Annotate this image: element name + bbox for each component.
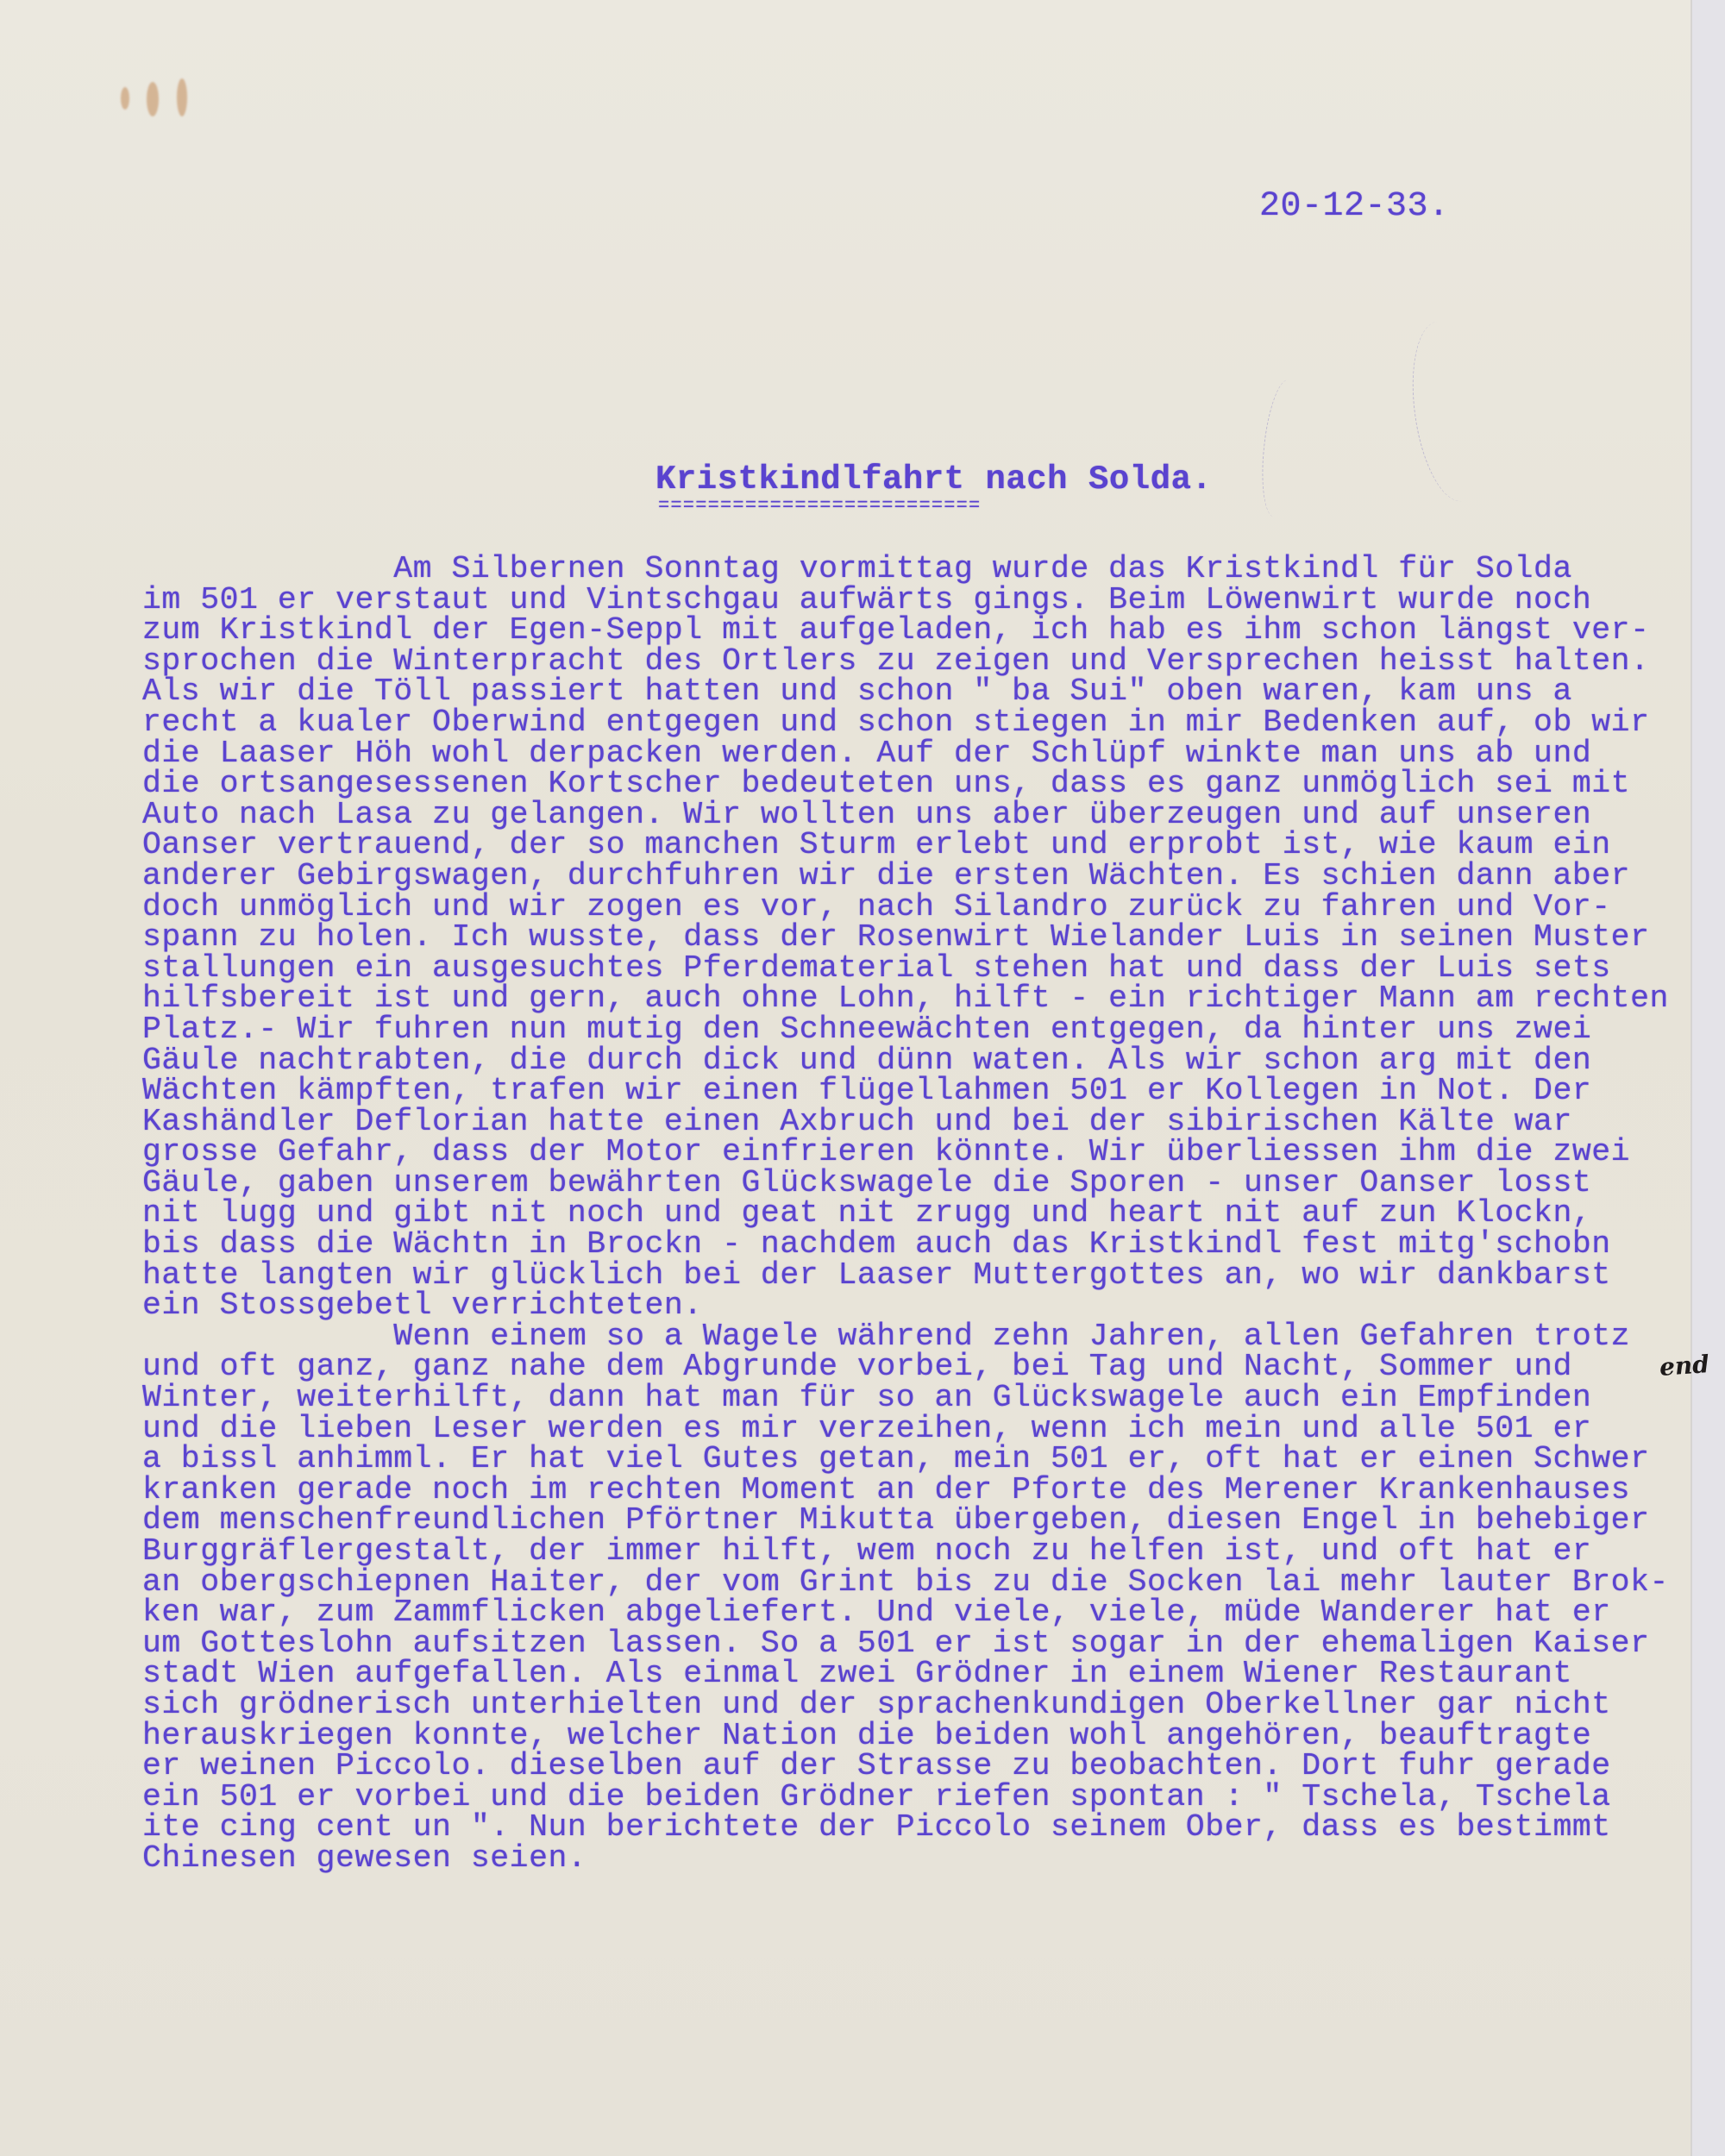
text-line: um Gotteslohn aufsitzen lassen. So a 501… [142, 1628, 1660, 1659]
text-line: Burggräflergestalt, der immer hilft, wem… [142, 1536, 1660, 1567]
text-line: Winter, weiterhilft, dann hat man für so… [142, 1382, 1660, 1413]
pencil-stroke [1402, 317, 1496, 505]
text-line: Kashändler Deflorian hatte einen Axbruch… [142, 1106, 1660, 1138]
text-line: bis dass die Wächtn in Brockn - nachdem … [142, 1229, 1660, 1260]
text-line: die Laaser Höh wohl derpacken werden. Au… [142, 738, 1660, 769]
text-line: a bissl anhimml. Er hat viel Gutes getan… [142, 1444, 1660, 1475]
text-line: herauskriegen konnte, welcher Nation die… [142, 1720, 1660, 1752]
text-line: Chinesen gewesen seien. [142, 1843, 1660, 1874]
text-line: recht a kualer Oberwind entgegen und sch… [142, 707, 1660, 738]
text-line: grosse Gefahr, dass der Motor einfrieren… [142, 1137, 1660, 1168]
text-line: hilfsbereit ist und gern, auch ohne Lohn… [142, 983, 1660, 1014]
text-line: Auto nach Lasa zu gelangen. Wir wollten … [142, 799, 1660, 830]
text-line: Gäule nachtrabten, die durch dick und dü… [142, 1045, 1660, 1076]
text-line: anderer Gebirgswagen, durchfuhren wir di… [142, 861, 1660, 892]
title-underline: ========================== [658, 502, 981, 511]
text-line: die ortsangesessenen Kortscher bedeutete… [142, 768, 1660, 799]
text-line: Gäule, gaben unserem bewährten Glückswag… [142, 1168, 1660, 1199]
document-title: Kristkindlfahrt nach Solda. [655, 461, 1212, 498]
text-line: ken war, zum Zammflicken abgeliefert. Un… [142, 1597, 1660, 1628]
text-line: sprochen die Winterpracht des Ortlers zu… [142, 646, 1660, 677]
text-line: hatte langten wir glücklich bei der Laas… [142, 1260, 1660, 1291]
text-line: im 501 er verstaut und Vintschgau aufwär… [142, 585, 1660, 616]
text-line: stallungen ein ausgesuchtes Pferdemateri… [142, 953, 1660, 984]
body-text: Am Silbernen Sonntag vormittag wurde das… [142, 554, 1660, 1874]
text-line: Als wir die Töll passiert hatten und sch… [142, 676, 1660, 707]
text-line: er weinen Piccolo. dieselben auf der Str… [142, 1751, 1660, 1782]
document-date: 20-12-33. [1259, 187, 1450, 226]
text-line: spann zu holen. Ich wusste, dass der Ros… [142, 922, 1660, 953]
rust-stain-mark [121, 82, 198, 125]
text-line: nit lugg und gibt nit noch und geat nit … [142, 1198, 1660, 1229]
text-line: stadt Wien aufgefallen. Als einmal zwei … [142, 1658, 1660, 1689]
text-line: und oft ganz, ganz nahe dem Abgrunde vor… [142, 1351, 1660, 1382]
text-line: ein Stossgebetl verrichteten. [142, 1290, 1660, 1321]
text-line: ein 501 er vorbei und die beiden Grödner… [142, 1782, 1660, 1813]
text-line: sich grödnerisch unterhielten und der sp… [142, 1689, 1660, 1720]
text-line: dem menschenfreundlichen Pförtner Mikutt… [142, 1505, 1660, 1536]
text-line: Wenn einem so a Wagele während zehn Jahr… [142, 1321, 1660, 1352]
text-line: ite cing cent un ". Nun berichtete der P… [142, 1812, 1660, 1843]
text-line: Oanser vertrauend, der so manchen Sturm … [142, 830, 1660, 861]
typewritten-page: 20-12-33. Kristkindlfahrt nach Solda. ==… [0, 0, 1692, 2156]
text-line: Wächten kämpften, trafen wir einen flüge… [142, 1075, 1660, 1106]
text-line: Platz.- Wir fuhren nun mutig den Schneew… [142, 1014, 1660, 1045]
text-line: an obergschiepnen Haiter, der vom Grint … [142, 1567, 1660, 1598]
text-line: und die lieben Leser werden es mir verze… [142, 1413, 1660, 1445]
text-line: Am Silbernen Sonntag vormittag wurde das… [142, 554, 1660, 585]
pencil-stroke [1257, 378, 1307, 518]
text-line: doch unmöglich und wir zogen es vor, nac… [142, 892, 1660, 923]
text-line: kranken gerade noch im rechten Moment an… [142, 1475, 1660, 1506]
text-line: zum Kristkindl der Egen-Seppl mit aufgel… [142, 615, 1660, 646]
handwritten-annotation: end [1659, 1350, 1710, 1382]
